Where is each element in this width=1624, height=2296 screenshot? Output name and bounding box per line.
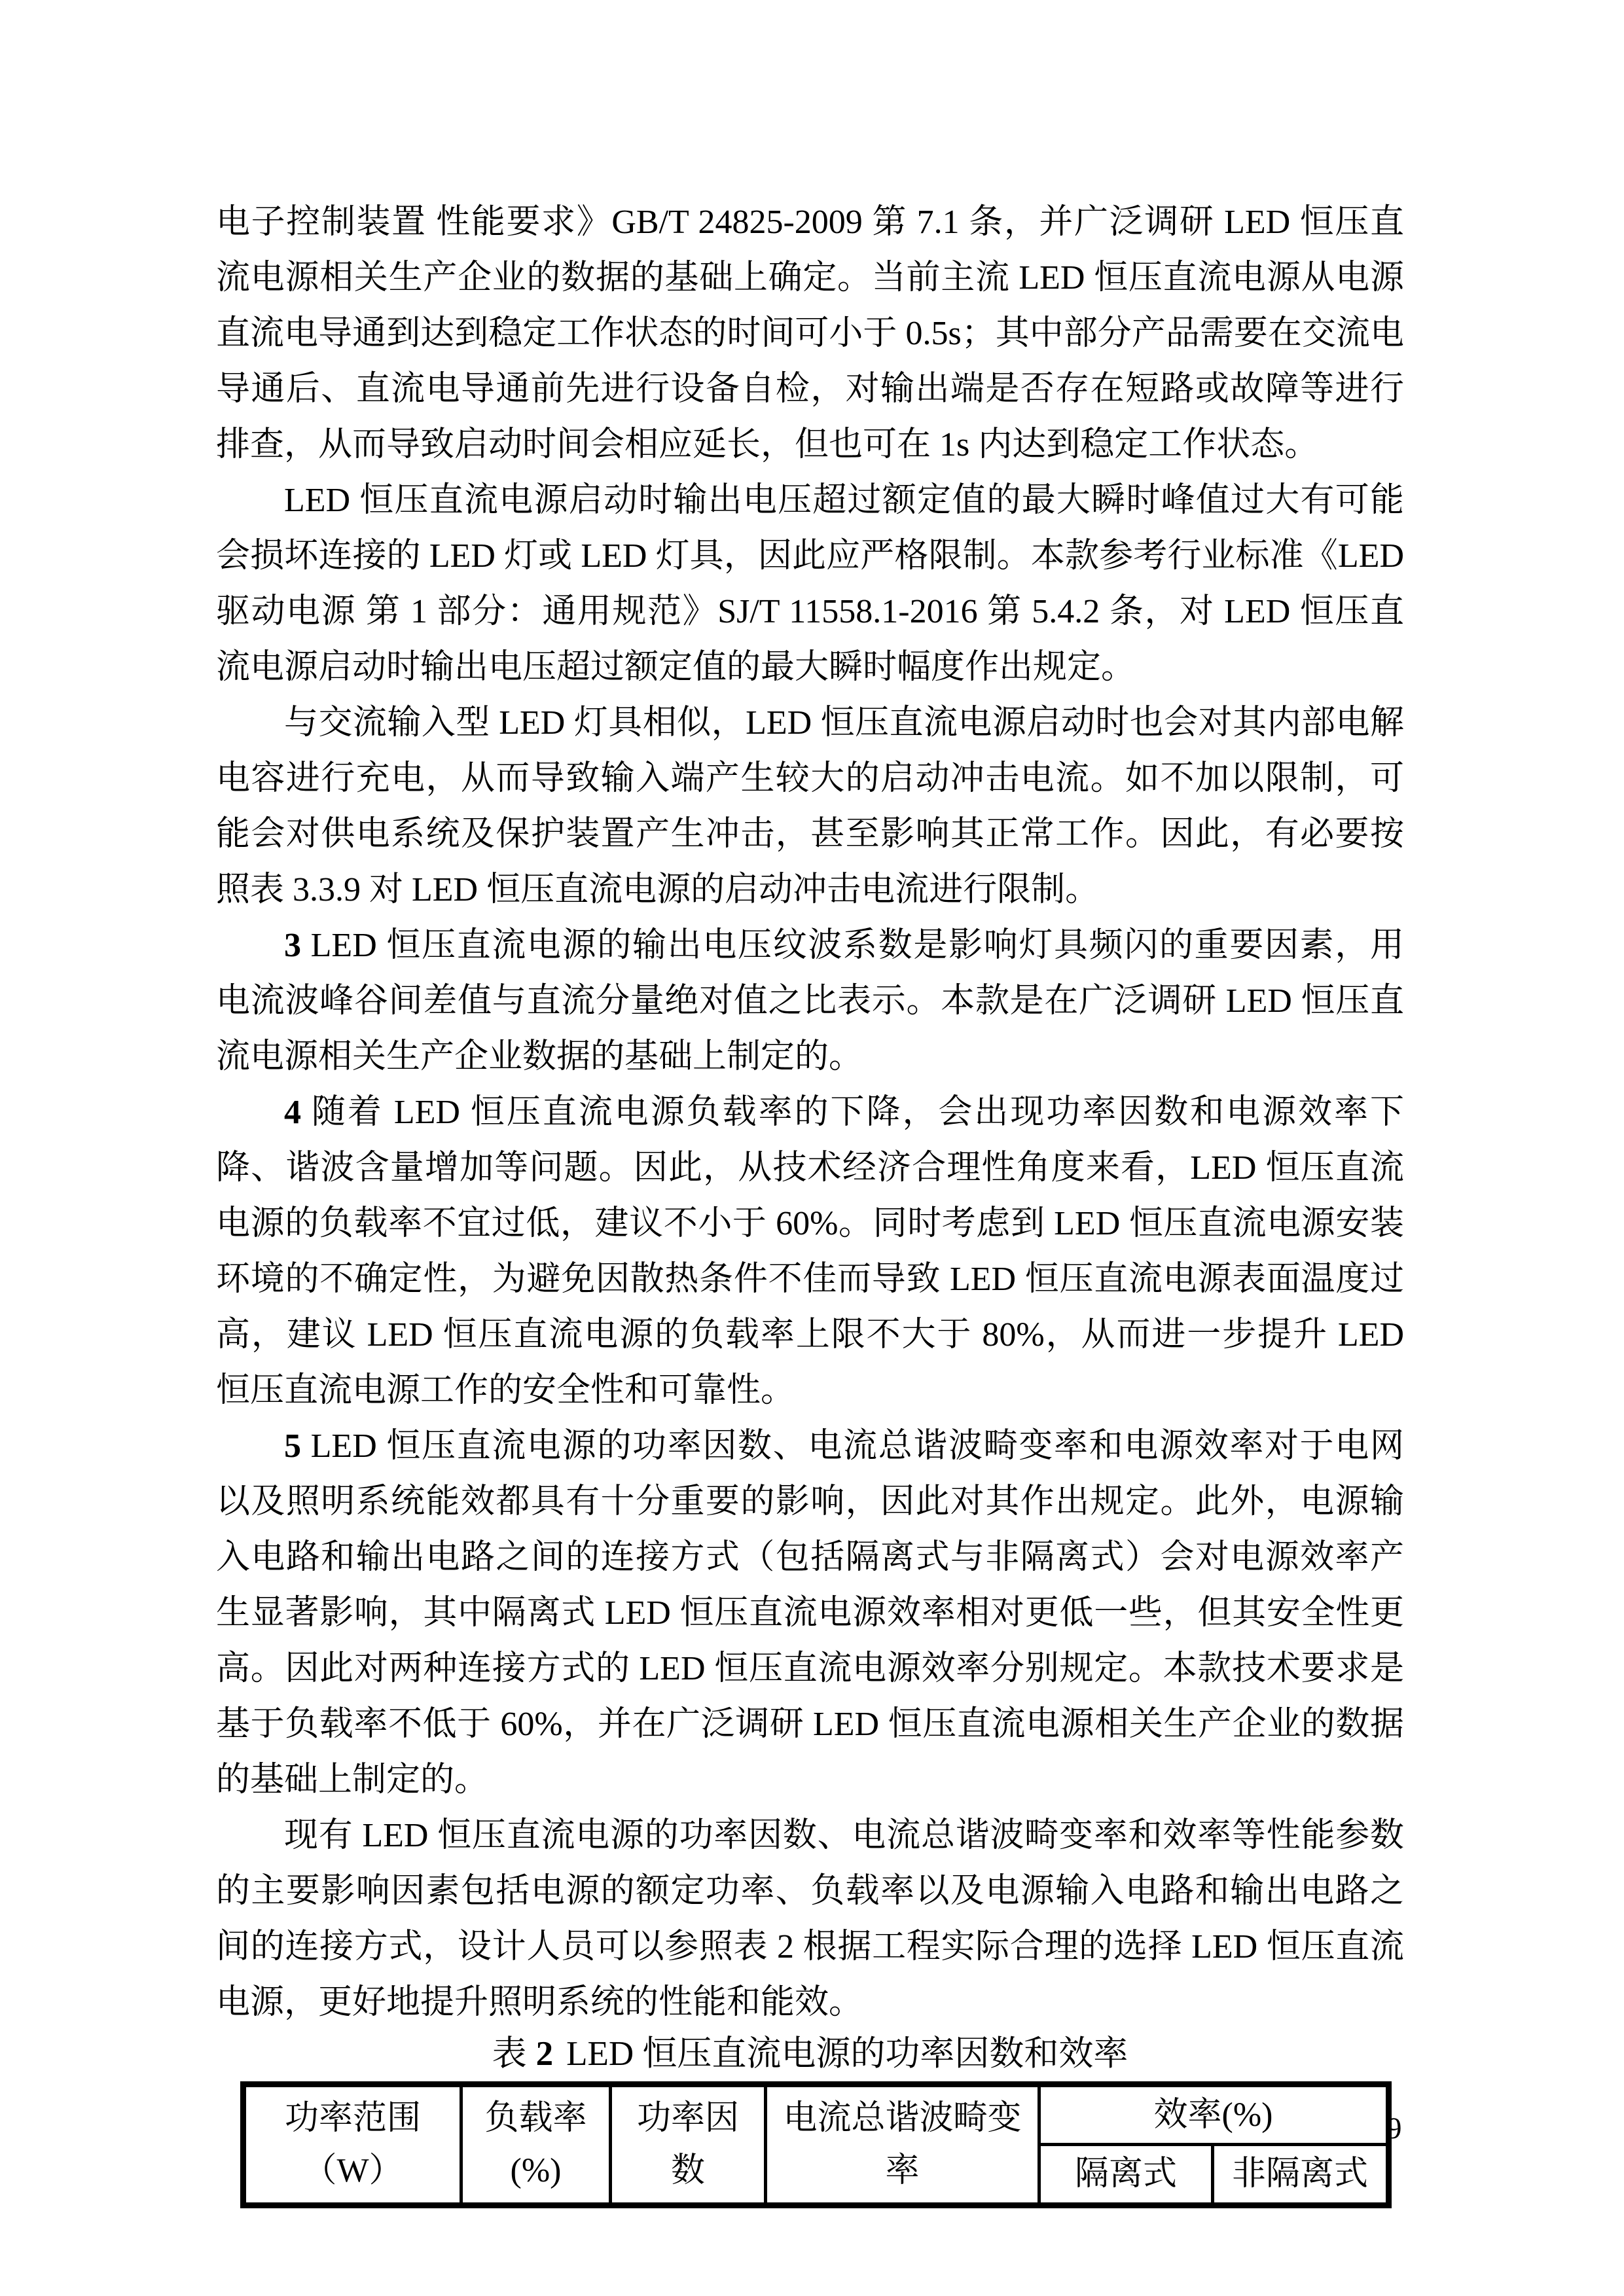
header-power-range: 功率范围（W） (244, 2085, 461, 2206)
power-factor-efficiency-table: 功率范围（W） 负载率(%) 功率因数 电流总谐波畸变率 效率(%) 隔离式 非… (240, 2081, 1392, 2208)
paragraph-number: 5 (284, 1427, 301, 1465)
paragraph: LED 恒压直流电源启动时输出电压超过额定值的最大瞬时峰值过大有可能会损坏连接的… (216, 473, 1404, 695)
body-text: 电子控制装置 性能要求》GB/T 24825-2009 第 7.1 条，并广泛调… (216, 194, 1404, 2208)
table-caption-number: 2 (536, 2035, 554, 2073)
header-line: 数 (671, 2152, 705, 2189)
paragraph-text: 现有 LED 恒压直流电源的功率因数、电流总谐波畸变率和效率等性能参数的主要影响… (216, 1817, 1404, 2021)
paragraph-number: 3 (284, 927, 301, 964)
header-efficiency: 效率(%) (1039, 2085, 1389, 2145)
header-line: 功率范围 (285, 2100, 421, 2137)
paragraph-text: LED 恒压直流电源启动时输出电压超过额定值的最大瞬时峰值过大有可能会损坏连接的… (216, 482, 1404, 686)
header-line: 率 (885, 2152, 919, 2189)
table-caption-prefix: 表 (492, 2035, 527, 2073)
header-line: 功率因 (637, 2100, 739, 2137)
header-thd: 电流总谐波畸变率 (766, 2085, 1039, 2206)
header-line: (%) (511, 2152, 562, 2189)
header-line: （W） (302, 2152, 403, 2189)
header-isolated: 隔离式 (1039, 2145, 1213, 2206)
header-power-factor: 功率因数 (611, 2085, 766, 2206)
paragraph-text: LED 恒压直流电源的输出电压纹波系数是影响灯具频闪的重要因素，用电流波峰谷间差… (216, 927, 1404, 1075)
paragraph-text: LED 恒压直流电源的功率因数、电流总谐波畸变率和电源效率对于电网以及照明系统能… (216, 1427, 1404, 1799)
header-line: 电流总谐波畸变 (783, 2100, 1021, 2137)
paragraph: 4 随着 LED 恒压直流电源负载率的下降，会出现功率因数和电源效率下降、谐波含… (216, 1085, 1404, 1418)
paragraph-text: 与交流输入型 LED 灯具相似，LED 恒压直流电源启动时也会对其内部电解电容进… (216, 704, 1404, 908)
header-line: 负载率 (484, 2100, 586, 2137)
paragraph: 与交流输入型 LED 灯具相似，LED 恒压直流电源启动时也会对其内部电解电容进… (216, 695, 1404, 918)
table-caption: 表2LED 恒压直流电源的功率因数和效率 (216, 2033, 1404, 2075)
paragraph-text: 随着 LED 恒压直流电源负载率的下降，会出现功率因数和电源效率下降、谐波含量增… (216, 1094, 1404, 1409)
document-page: 电子控制装置 性能要求》GB/T 24825-2009 第 7.1 条，并广泛调… (0, 0, 1624, 2296)
paragraph-number: 4 (284, 1094, 301, 1131)
header-non-isolated: 非隔离式 (1213, 2145, 1389, 2206)
paragraph: 3 LED 恒压直流电源的输出电压纹波系数是影响灯具频闪的重要因素，用电流波峰谷… (216, 918, 1404, 1085)
header-load-rate: 负载率(%) (461, 2085, 611, 2206)
paragraph: 5 LED 恒压直流电源的功率因数、电流总谐波畸变率和电源效率对于电网以及照明系… (216, 1418, 1404, 1808)
paragraph: 现有 LED 恒压直流电源的功率因数、电流总谐波畸变率和效率等性能参数的主要影响… (216, 1808, 1404, 2030)
paragraph: 电子控制装置 性能要求》GB/T 24825-2009 第 7.1 条，并广泛调… (216, 194, 1404, 473)
paragraph-text: 电子控制装置 性能要求》GB/T 24825-2009 第 7.1 条，并广泛调… (216, 204, 1404, 463)
table-caption-title: LED 恒压直流电源的功率因数和效率 (566, 2035, 1128, 2073)
page-number: 9 (1386, 2109, 1402, 2148)
